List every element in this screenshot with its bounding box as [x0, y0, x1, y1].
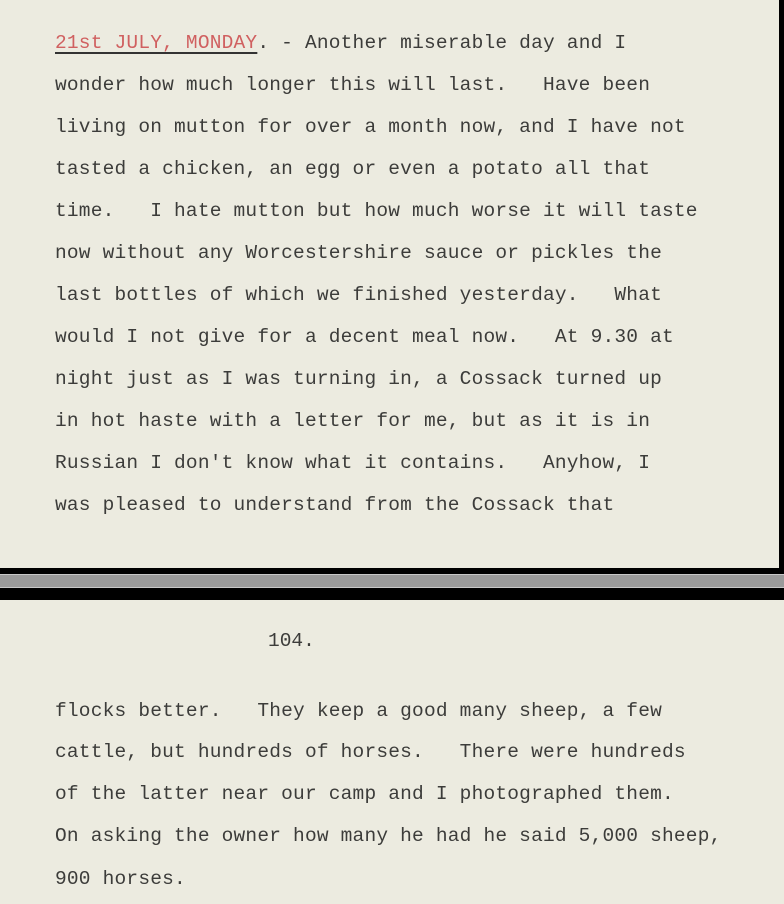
entry-date: 21st JULY, MONDAY: [55, 32, 257, 54]
text-line: night just as I was turning in, a Cossac…: [55, 368, 662, 390]
text-line: On asking the owner how many he had he s…: [55, 825, 722, 847]
text-line: flocks better. They keep a good many she…: [55, 700, 662, 722]
text-line: 21st JULY, MONDAY. - Another miserable d…: [55, 32, 626, 54]
text-line: wonder how much longer this will last. H…: [55, 74, 650, 96]
page-separator: [0, 588, 784, 600]
top-page-scan: 21st JULY, MONDAY. - Another miserable d…: [0, 0, 779, 568]
text-line: now without any Worcestershire sauce or …: [55, 242, 662, 264]
text-line: of the latter near our camp and I photog…: [55, 783, 674, 805]
text-line: last bottles of which we finished yester…: [55, 284, 662, 306]
text-line: 900 horses.: [55, 868, 186, 890]
text-line: in hot haste with a letter for me, but a…: [55, 410, 650, 432]
text-line: tasted a chicken, an egg or even a potat…: [55, 158, 650, 180]
text-line: cattle, but hundreds of horses. There we…: [55, 741, 686, 763]
text-line: time. I hate mutton but how much worse i…: [55, 200, 698, 222]
page-number: 104.: [268, 630, 315, 652]
text-line: Russian I don't know what it contains. A…: [55, 452, 650, 474]
text-line: was pleased to understand from the Cossa…: [55, 494, 614, 516]
page-divider-bar: [0, 574, 784, 588]
text-line: would I not give for a decent meal now. …: [55, 326, 674, 348]
text-line: living on mutton for over a month now, a…: [55, 116, 686, 138]
bottom-page-scan: 104. flocks better. They keep a good man…: [0, 600, 784, 904]
